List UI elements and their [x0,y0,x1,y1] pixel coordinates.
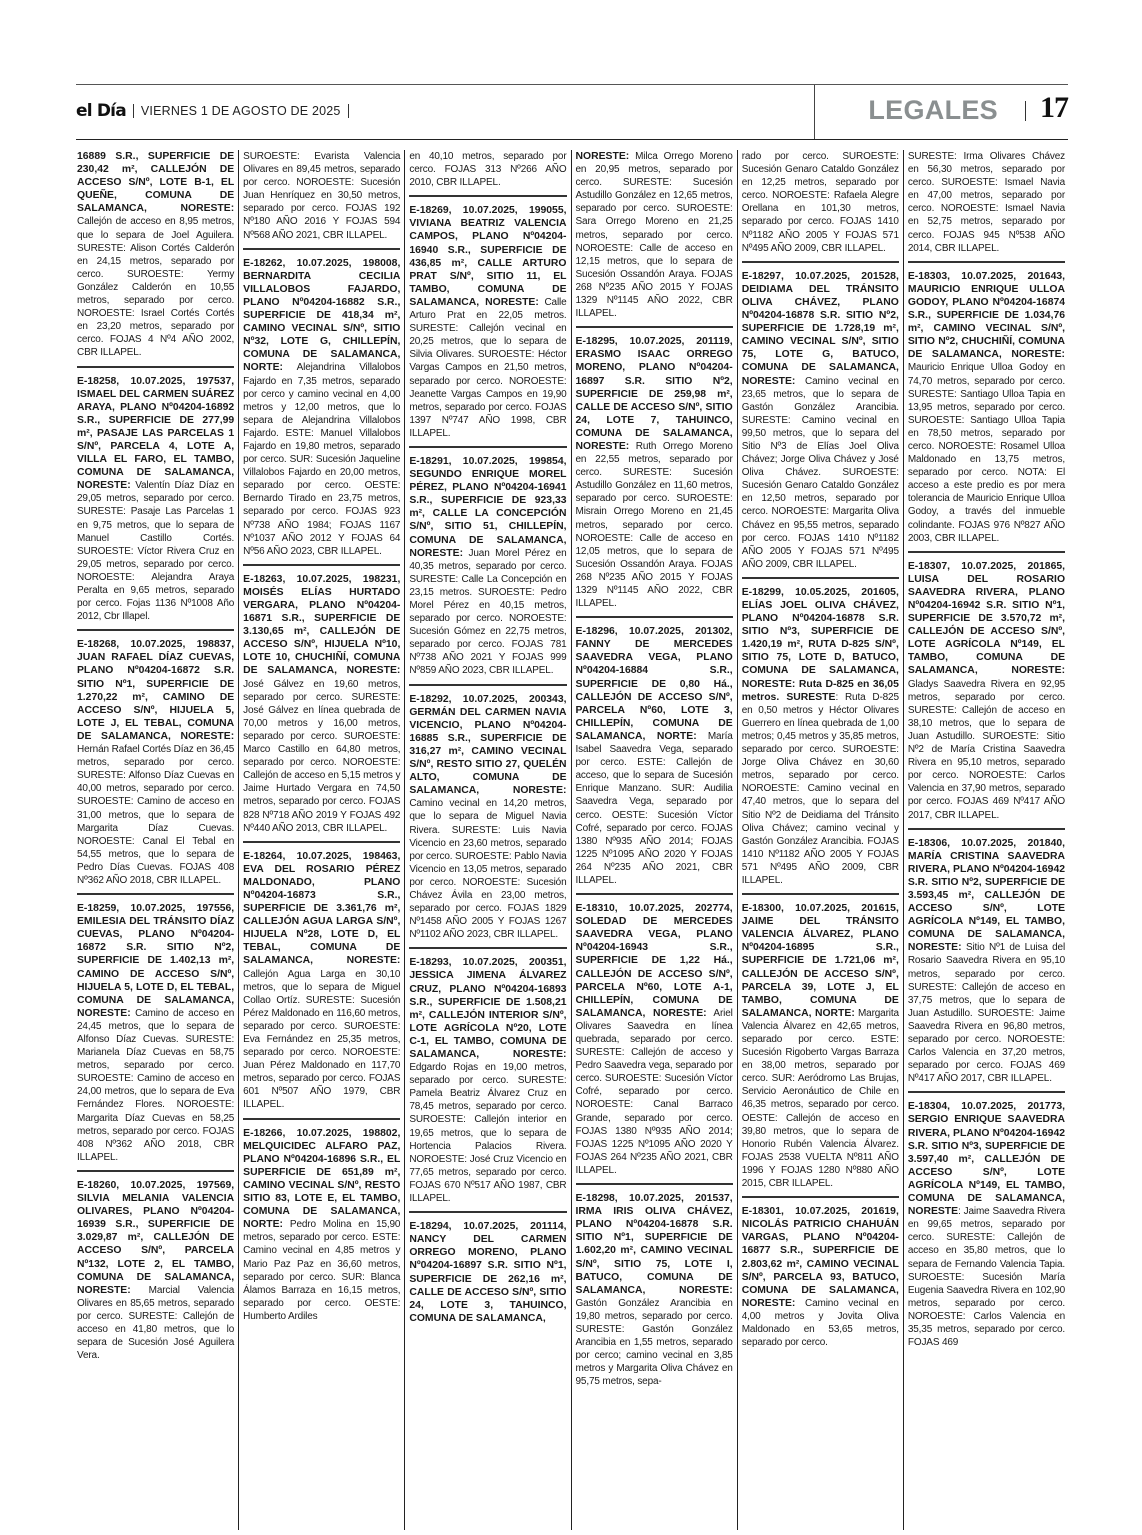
legal-notice-entry: E-18299, 10.05.2025, 201605, ELÍAS JOEL … [742,586,899,895]
legal-notice-entry: E-18258, 10.07.2025, 197537, ISMAEL DEL … [77,375,234,632]
legal-notice-entry: E-18298, 10.07.2025, 201537, IRMA IRIS O… [576,1192,733,1394]
notice-body: en 40,10 metros, separado por cerco. FOJ… [409,151,566,188]
masthead-left: el Día VIERNES 1 DE AGOSTO DE 2025 [76,101,356,121]
notice-heading: E-18295, 10.07.2025, 201119, ERASMO ISAA… [576,336,733,452]
notice-body: Ariel Olivares Saavedra en línea quebrad… [576,1008,733,1176]
notice-body: Callejón Agua Larga en 30,10 metros, que… [243,969,400,1111]
divider [133,104,134,118]
section-title: LEGALES [868,95,998,126]
legal-notice-entry: E-18268, 10.07.2025, 198837, JUAN RAFAEL… [77,638,234,895]
notice-heading: E-18301, 10.07.2025, 201619, NICOLÁS PAT… [742,1206,899,1309]
legal-notice-entry: rado por cerco. SUROESTE: Sucesión Genar… [742,150,899,263]
notice-heading: E-18263, 10.07.2025, 198231, MOISÉS ELÍA… [243,574,400,677]
notice-heading: E-18299, 10.05.2025, 201605, ELÍAS JOEL … [742,587,899,703]
notice-body: Marcial Valencia Olivares en 85,65 metro… [77,1285,234,1361]
legal-notice-entry: SUROESTE: Evarista Valencia Olivares en … [243,150,400,250]
notice-body: : Ruta D-825 en 0,50 metros y Héctor Oli… [742,692,899,886]
notice-body: Gastón González Arancibia en 19,80 metro… [576,1298,733,1388]
notice-body: Ruth Orrego Moreno en 22,55 metros, sepa… [576,441,733,609]
notice-body: Pedro Molina en 15,90 metros, separado p… [243,1219,400,1322]
legal-notice-entry: E-18263, 10.07.2025, 198231, MOISÉS ELÍA… [243,573,400,843]
column-3: en 40,10 metros, separado por cerco. FOJ… [405,150,571,1530]
notice-heading: E-18258, 10.07.2025, 197537, ISMAEL DEL … [77,376,234,492]
notice-body: Camino vecinal en 23,65 metros, que lo s… [742,376,899,570]
issue-date: VIERNES 1 DE AGOSTO DE 2025 [141,104,341,118]
notice-heading: E-18293, 10.07.2025, 200351, JESSICA JIM… [409,957,566,1060]
notice-heading: E-18268, 10.07.2025, 198837, JUAN RAFAEL… [77,639,234,742]
legal-notice-entry: E-18294, 10.07.2025, 201114, NANCY DEL C… [409,1220,566,1331]
legal-notice-entry: en 40,10 metros, separado por cerco. FOJ… [409,150,566,197]
notice-heading: E-18259, 10.07.2025, 197556, EMILESIA DE… [77,903,234,1019]
notice-body: Gladys Saavedra Rivera en 92,95 metros, … [908,679,1065,821]
legal-notice-entry: SURESTE: Irma Olivares Chávez en 56,30 m… [908,150,1065,263]
notice-heading: 16889 S.R., SUPERFICIE DE 230,42 m², CAL… [77,151,234,214]
column-5: rado por cerco. SUROESTE: Sucesión Genar… [738,150,904,1530]
notice-heading: E-18307, 10.07.2025, 201865, LUISA DEL R… [908,561,1065,677]
notice-body: : Jaime Saavedra Rivera en 99,65 metros,… [908,1206,1065,1348]
column-6: SURESTE: Irma Olivares Chávez en 56,30 m… [904,150,1069,1530]
notice-body: Sitio Nº1 de Luisa del Rosario Saavedra … [908,942,1065,1084]
notice-heading: E-18296, 10.07.2025, 201302, FANNY DE ME… [576,626,733,742]
notice-body: Mauricio Enrique Ulloa Godoy en 74,70 me… [908,362,1065,543]
newspaper-logo: el Día [76,101,126,121]
notice-body: Valentín Díaz Díaz en 29,05 metros, sepa… [77,480,234,622]
divider [1025,101,1026,121]
legal-notice-entry: E-18264, 10.07.2025, 198463, EVA DEL ROS… [243,850,400,1120]
notice-body: Callejón de acceso en 8,95 metros, que l… [77,216,234,358]
divider [348,104,349,118]
legal-notice-entry: E-18291, 10.07.2025, 199854, SEGUNDO ENR… [409,455,566,686]
column-2: SUROESTE: Evarista Valencia Olivares en … [239,150,405,1530]
notice-heading: E-18291, 10.07.2025, 199854, SEGUNDO ENR… [409,456,566,559]
notice-heading: E-18300, 10.07.2025, 201615, JAIME DEL T… [742,903,899,1019]
notice-body: Margarita Valencia Álvarez en 42,65 metr… [742,1008,899,1189]
notice-heading: E-18266, 10.07.2025, 198802, MELQUICIDEC… [243,1128,400,1231]
notice-body: Camino de acceso en 24,45 metros, que lo… [77,1008,234,1163]
notice-body: Camino vecinal en 14,20 metros, que lo s… [409,798,566,940]
notice-heading: E-18269, 10.07.2025, 199055, VIVIANA BEA… [409,205,566,308]
legal-notice-entry: 16889 S.R., SUPERFICIE DE 230,42 m², CAL… [77,150,234,368]
legal-notice-entry: E-18300, 10.07.2025, 201615, JAIME DEL T… [742,902,899,1198]
notice-heading: E-18310, 10.07.2025, 202774, SOLEDAD DE … [576,903,733,1019]
page-number: 17 [1040,91,1068,125]
notice-body: Calle Arturo Prat en 22,05 metros. SURES… [409,297,566,439]
notice-heading: E-18298, 10.07.2025, 201537, IRMA IRIS O… [576,1193,733,1296]
notice-heading: E-18264, 10.07.2025, 198463, EVA DEL ROS… [243,851,400,967]
legal-notices-columns: 16889 S.R., SUPERFICIE DE 230,42 m², CAL… [77,150,1069,1530]
notice-body: SUROESTE: Evarista Valencia Olivares en … [243,151,400,241]
divider [814,85,815,139]
notice-heading: NORESTE: [576,151,630,162]
notice-body: Edgardo Rojas en 19,00 metros, separado … [409,1062,566,1204]
notice-heading: E-18294, 10.07.2025, 201114, NANCY DEL C… [409,1221,566,1324]
notice-heading: E-18306, 10.07.2025, 201840, MARÍA CRIST… [908,838,1065,954]
notice-heading: E-18303, 10.07.2025, 201643, MAURICIO EN… [908,271,1065,361]
legal-notice-entry: E-18260, 10.07.2025, 197569, SILVIA MELA… [77,1179,234,1368]
notice-heading: E-18260, 10.07.2025, 197569, SILVIA MELA… [77,1180,234,1296]
notice-heading: E-18262, 10.07.2025, 198008, BERNARDITA … [243,258,400,374]
notice-body: María Isabel Saavedra Vega, separado por… [576,731,733,886]
legal-notice-entry: E-18303, 10.07.2025, 201643, MAURICIO EN… [908,270,1065,553]
legal-notice-entry: E-18306, 10.07.2025, 201840, MARÍA CRIST… [908,837,1065,1094]
legal-notice-entry: E-18262, 10.07.2025, 198008, BERNARDITA … [243,257,400,566]
legal-notice-entry: E-18292, 10.07.2025, 200343, GERMÁN DEL … [409,693,566,950]
column-1: 16889 S.R., SUPERFICIE DE 230,42 m², CAL… [77,150,239,1530]
legal-notice-entry: E-18301, 10.07.2025, 201619, NICOLÁS PAT… [742,1205,899,1355]
legal-notice-entry: E-18310, 10.07.2025, 202774, SOLEDAD DE … [576,902,733,1185]
legal-notice-entry: E-18266, 10.07.2025, 198802, MELQUICIDEC… [243,1127,400,1329]
legal-notice-entry: E-18293, 10.07.2025, 200351, JESSICA JIM… [409,956,566,1213]
notice-body: Hernán Rafael Cortés Díaz en 36,45 metro… [77,744,234,886]
legal-notice-entry: NORESTE: Milca Orrego Moreno en 20,95 me… [576,150,733,328]
legal-notice-entry: E-18296, 10.07.2025, 201302, FANNY DE ME… [576,625,733,895]
legal-notice-entry: E-18269, 10.07.2025, 199055, VIVIANA BEA… [409,204,566,448]
notice-body: José Gálvez en 19,60 metros, separado po… [243,679,400,834]
notice-heading: E-18297, 10.07.2025, 201528, DEIDIAMA DE… [742,271,899,387]
notice-body: Alejandrina Villalobos Fajardo en 7,35 m… [243,362,400,556]
notice-heading: E-18304, 10.07.2025, 201773, SERGIO ENRI… [908,1101,1065,1217]
legal-notice-entry: E-18304, 10.07.2025, 201773, SERGIO ENRI… [908,1100,1065,1355]
legal-notice-entry: E-18295, 10.07.2025, 201119, ERASMO ISAA… [576,335,733,618]
legal-notice-entry: E-18307, 10.07.2025, 201865, LUISA DEL R… [908,560,1065,830]
notice-body: rado por cerco. SUROESTE: Sucesión Genar… [742,151,899,254]
notice-heading: E-18292, 10.07.2025, 200343, GERMÁN DEL … [409,694,566,797]
legal-notice-entry: E-18259, 10.07.2025, 197556, EMILESIA DE… [77,902,234,1172]
masthead: el Día VIERNES 1 DE AGOSTO DE 2025 LEGAL… [76,84,1068,140]
legal-notice-entry: E-18297, 10.07.2025, 201528, DEIDIAMA DE… [742,270,899,579]
column-4: NORESTE: Milca Orrego Moreno en 20,95 me… [572,150,738,1530]
notice-body: Juan Morel Pérez en 40,35 metros, separa… [409,548,566,677]
notice-body: Milca Orrego Moreno en 20,95 metros, sep… [576,151,733,319]
notice-body: SURESTE: Irma Olivares Chávez en 56,30 m… [908,151,1065,254]
